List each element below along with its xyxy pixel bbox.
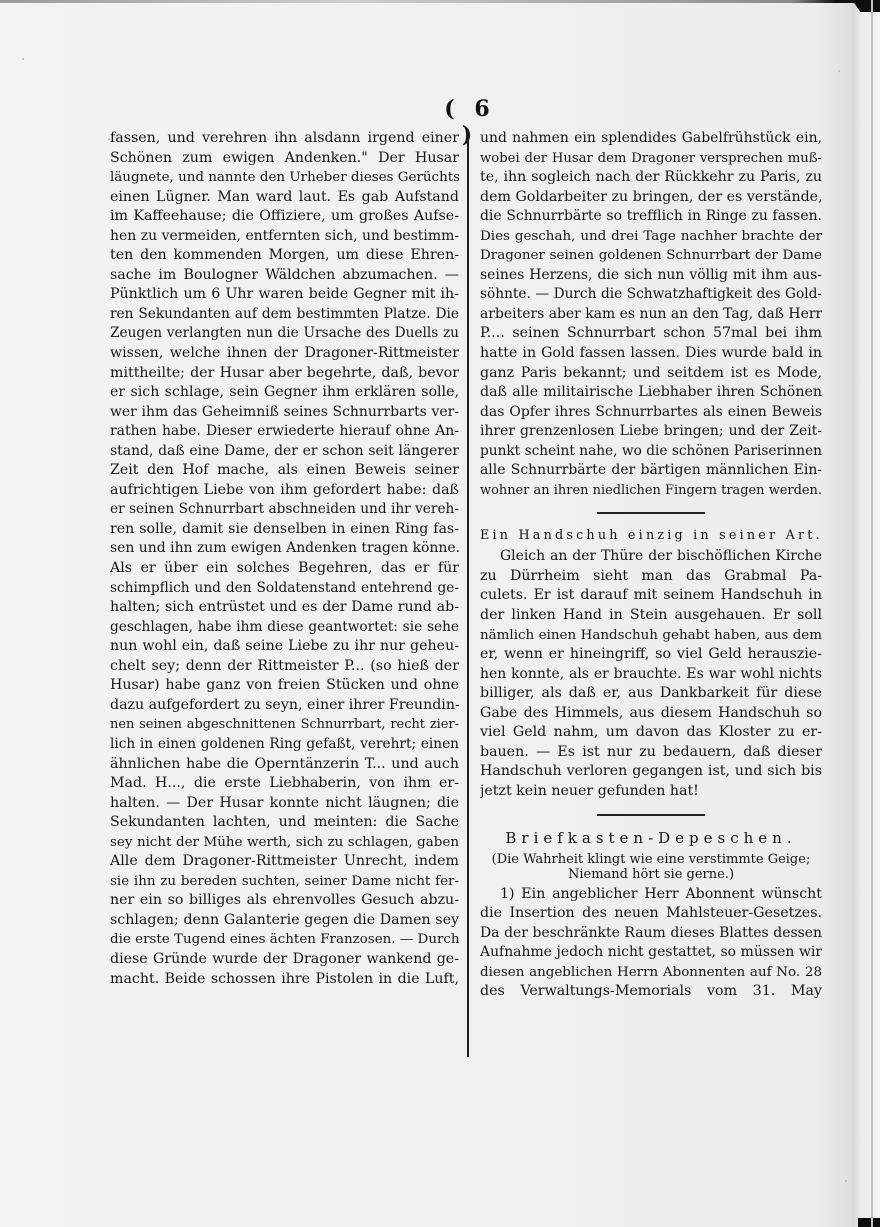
text-line: Mad. H..., die erste Liebhaberin, von ih…: [110, 774, 459, 794]
text-line: ganz Paris bekannt; und seitdem ist es M…: [480, 364, 822, 384]
text-line: und nahmen ein splendides Gabelfrühstück…: [480, 129, 822, 149]
text-line: das Opfer ihres Schnurrbartes als einen …: [480, 403, 822, 423]
text-line: mittheilte; der Husar aber begehrte, daß…: [110, 364, 459, 384]
text-line: diesen angeblichen Herrn Abonnenten auf …: [480, 963, 822, 983]
text-line: culets. Er ist darauf mit seinem Handsch…: [480, 586, 822, 606]
text-line: punkt scheint nahe, wo die schönen Paris…: [480, 442, 822, 462]
text-line: ihrer grenzenlosen Liebe bringen; und de…: [480, 422, 822, 442]
text-line: macht. Beide schossen ihre Pistolen in d…: [110, 970, 459, 990]
text-line: lich in einen goldenen Ring gefaßt, vere…: [110, 735, 459, 755]
text-line: te, ihn sogleich nach der Rückkehr zu Pa…: [480, 168, 822, 188]
text-line: Dies geschah, und drei Tage nachher brac…: [480, 227, 822, 247]
page-right-edge: [871, 0, 873, 1227]
paper-speck: [22, 58, 24, 60]
column-divider: [467, 130, 469, 1057]
text-line: jetzt kein neuer gefunden hat!: [480, 782, 822, 802]
text-line: Da der beschränkte Raum dieses Blattes d…: [480, 924, 822, 944]
right-column: und nahmen ein splendides Gabelfrühstück…: [480, 129, 822, 1002]
text-line: chelt sey; denn der Rittmeister P... (so…: [110, 657, 459, 677]
text-line: dazu aufgefordert zu seyn, einer ihrer F…: [110, 696, 459, 716]
text-line: ren solle, damit sie denselben in einen …: [110, 520, 459, 540]
text-line: stand, daß eine Dame, der er schon seit …: [110, 442, 459, 462]
text-line: söhnte. — Durch die Schwatzhaftigkeit de…: [480, 285, 822, 305]
text-line: läugnete, und nannte den Urheber dieses …: [110, 168, 459, 188]
text-line: ähnlichen habe die Operntänzerin T... un…: [110, 755, 459, 775]
text-line: die Insertion des neuen Mahlsteuer-Geset…: [480, 904, 822, 924]
text-line: Handschuh verloren gegangen ist, und sic…: [480, 762, 822, 782]
paper-speck: [845, 1180, 847, 1182]
text-line: Dragoner seinen goldenen Schnurrbart der…: [480, 246, 822, 266]
paper-speck: [838, 70, 840, 72]
text-line: diese Gründe wurde der Dragoner wankend …: [110, 950, 459, 970]
text-line: er, wenn er hineingriff, so viel Geld he…: [480, 645, 822, 665]
text-line: billiger, als daß er, aus Dankbarkeit fü…: [480, 684, 822, 704]
section-divider: [597, 512, 705, 514]
text-line: zu Dürrheim sieht man das Grabmal Pa-: [480, 567, 822, 587]
text-line: die erste Tugend eines ächten Franzosen.…: [110, 930, 459, 950]
text-line: Pünktlich um 6 Uhr waren beide Gegner mi…: [110, 285, 459, 305]
text-line: des Verwaltungs-Memorials vom 31. May: [480, 982, 822, 1002]
text-line: ner ein so billiges als ehrenvolles Gesu…: [110, 891, 459, 911]
text-line: nen seinen abgeschnittenen Schnurrbart, …: [110, 715, 459, 735]
text-line: Gleich an der Thüre der bischöflichen Ki…: [480, 547, 822, 567]
text-line: wohner an ihren niedlichen Fingern trage…: [480, 481, 822, 501]
text-line: Husar) habe ganz von freien Stücken und …: [110, 676, 459, 696]
text-line: alle Schnurrbärte der bärtigen männliche…: [480, 461, 822, 481]
text-line: hen konnte, als er brauchte. Es war wohl…: [480, 665, 822, 685]
text-line: Gabe des Himmels, aus diesem Handschuh s…: [480, 704, 822, 724]
text-line: 1) Ein angeblicher Herr Abonnent wünscht: [480, 885, 822, 905]
article-motto: Niemand hört sie gerne.): [480, 867, 822, 882]
text-line: hatte in Gold fassen lassen. Dies wurde …: [480, 344, 822, 364]
text-line: nämlich einen Handschuh gehabt haben, au…: [480, 626, 822, 646]
text-line: bauen. — Es ist nur zu bedauern, daß die…: [480, 743, 822, 763]
text-line: Schönen zum ewigen Andenken." Der Husar: [110, 149, 459, 169]
text-line: ten den kommenden Morgen, um diese Ehren…: [110, 246, 459, 266]
text-line: ren Sekundanten auf dem bestimmten Platz…: [110, 305, 459, 325]
text-line: dem Goldarbeiter zu bringen, der es vers…: [480, 188, 822, 208]
text-line: seines Herzens, die sich nun völlig mit …: [480, 266, 822, 286]
text-line: arbeiters aber kam es nun an den Tag, da…: [480, 305, 822, 325]
text-line: Aufnahme jedoch nicht gestattet, so müss…: [480, 943, 822, 963]
text-line: der linken Hand in Stein ausgehauen. Er …: [480, 606, 822, 626]
story-continuation: und nahmen ein splendides Gabelfrühstück…: [480, 129, 822, 500]
text-line: Sekundanten lachten, und meinten: die Sa…: [110, 813, 459, 833]
page-top-edge: [0, 0, 880, 3]
text-line: im Kaffeehause; die Offiziere, um großes…: [110, 207, 459, 227]
text-line: wer ihm das Geheimniß seines Schnurrbart…: [110, 403, 459, 423]
article-title: Briefkasten-Depeschen.: [480, 827, 822, 849]
text-line: geschlagen, habe ihm diese geantwortet: …: [110, 618, 459, 638]
text-line: er sich schlage, sein Gegner ihm erkläre…: [110, 383, 459, 403]
left-column: fassen, und verehren ihn alsdann irgend …: [110, 129, 459, 989]
text-line: fassen, und verehren ihn alsdann irgend …: [110, 129, 459, 149]
article-title: Ein Handschuh einzig in seiner Art.: [480, 525, 822, 547]
text-line: daß alle militairische Liebhaber ihren S…: [480, 383, 822, 403]
text-line: Zeugen verlangten nun die Ursache des Du…: [110, 324, 459, 344]
text-line: aufrichtigen Liebe von ihm gefordert hab…: [110, 481, 459, 501]
text-line: einen Lügner. Man ward laut. Es gab Aufs…: [110, 188, 459, 208]
section-divider: [597, 814, 705, 816]
text-line: halten; sich entrüstet und es der Dame r…: [110, 598, 459, 618]
text-line: sen und ihn zum ewigen Andenken tragen k…: [110, 539, 459, 559]
text-line: nun wohl ein, daß seine Liebe zu ihr nur…: [110, 637, 459, 657]
scan-corner-shadow: [858, 1218, 880, 1227]
text-line: rathen habe. Dieser erwiederte hierauf o…: [110, 422, 459, 442]
text-line: P.... seinen Schnurrbart schon 57mal bei…: [480, 324, 822, 344]
text-line: wissen, welche ihnen der Dragoner-Rittme…: [110, 344, 459, 364]
text-line: Als er über ein solches Begehren, das er…: [110, 559, 459, 579]
text-line: er seinen Schnurrbart abschneiden und ih…: [110, 500, 459, 520]
text-line: die Schnurrbärte so trefflich in Ringe z…: [480, 207, 822, 227]
text-line: sey nicht der Mühe werth, sich zu schlag…: [110, 833, 459, 853]
text-line: schlagen; denn Galanterie gegen die Dame…: [110, 911, 459, 931]
text-line: sie ihn zu bereden suchten, seiner Dame …: [110, 872, 459, 892]
article-briefkasten: Briefkasten-Depeschen. (Die Wahrheit kli…: [480, 827, 822, 1002]
text-line: viel Geld nahm, um davon das Kloster zu …: [480, 723, 822, 743]
article-handschuh: Ein Handschuh einzig in seiner Art. Glei…: [480, 525, 822, 801]
text-line: Zeit den Hof mache, als einen Beweis sei…: [110, 461, 459, 481]
article-motto: (Die Wahrheit klingt wie eine verstimmte…: [480, 852, 822, 867]
text-line: schimpflich und den Soldatenstand entehr…: [110, 579, 459, 599]
text-line: halten. — Der Husar konnte nicht läugnen…: [110, 794, 459, 814]
text-line: wobei der Husar dem Dragoner versprechen…: [480, 149, 822, 169]
text-line: hen zu vermeiden, entfernten sich, und b…: [110, 227, 459, 247]
text-line: Alle dem Dragoner-Rittmeister Unrecht, i…: [110, 852, 459, 872]
text-line: sache im Boulogner Wäldchen abzumachen. …: [110, 266, 459, 286]
